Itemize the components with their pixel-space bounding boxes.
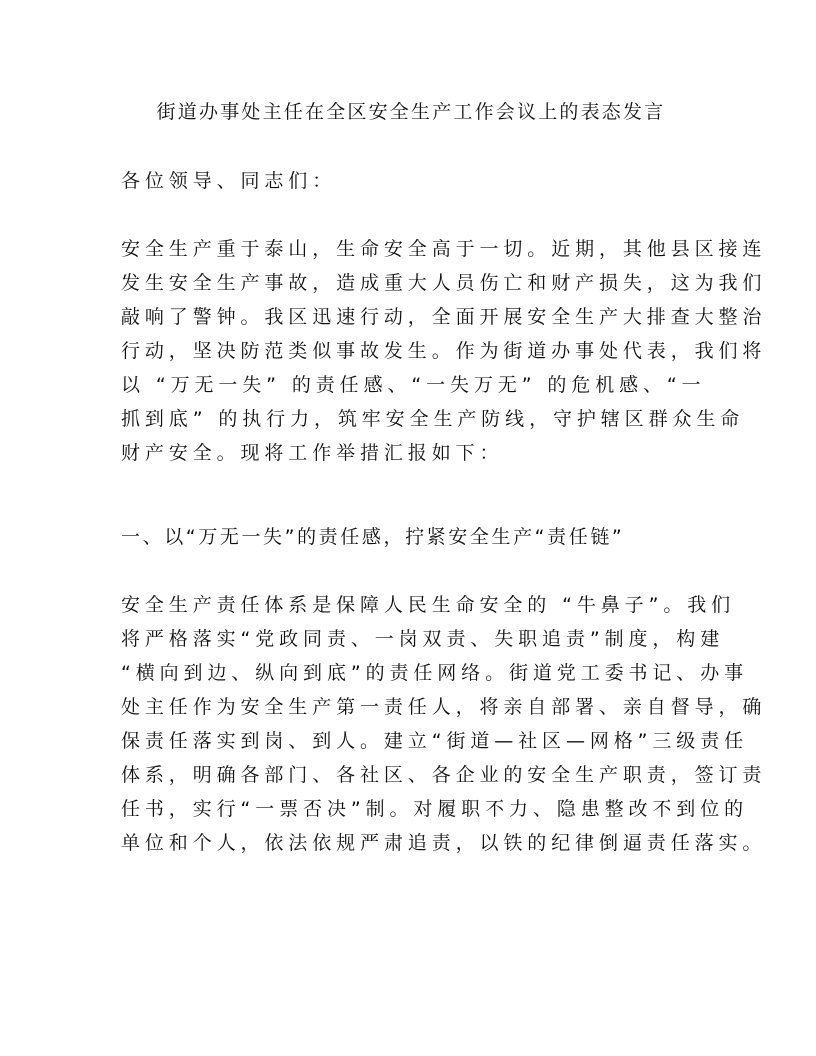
section-1-line: 安全生产责任体系是保障人民生命安全的 “牛鼻子”。我们 (121, 588, 701, 622)
intro-line: 财产安全。现将工作举措汇报如下： (121, 436, 701, 470)
section-1-line: 单位和个人，依法依规严肃追责，以铁的纪律倒逼责任落实。 (121, 826, 701, 860)
intro-line: 安全生产重于泰山，生命安全高于一切。近期，其他县区接连 (121, 232, 701, 266)
intro-line: 以 “万无一失” 的责任感、“一失万无” 的危机感、“一 (121, 368, 701, 402)
section-heading-line: 一、以“万无一失”的责任感，拧紧安全生产“责任链” (121, 520, 701, 554)
section-1-line: 保责任落实到岗、到人。建立“街道—社区—网格”三级责任 (121, 724, 701, 758)
section-1-heading: 一、以“万无一失”的责任感，拧紧安全生产“责任链” (121, 520, 701, 554)
intro-line: 行动，坚决防范类似事故发生。作为街道办事处代表，我们将 (121, 334, 701, 368)
section-1-line: 处主任作为安全生产第一责任人，将亲自部署、亲自督导，确 (121, 690, 701, 724)
intro-line: 发生安全生产事故，造成重大人员伤亡和财产损失，这为我们 (121, 266, 701, 300)
intro-line: 抓到底” 的执行力，筑牢安全生产防线，守护辖区群众生命 (121, 402, 701, 436)
section-1-line: 体系，明确各部门、各社区、各企业的安全生产职责，签订责 (121, 758, 701, 792)
section-1-line: 将严格落实“党政同责、一岗双责、失职追责”制度，构建 (121, 622, 701, 656)
intro-line: 敲响了警钟。我区迅速行动，全面开展安全生产大排查大整治 (121, 300, 701, 334)
section-1-line: 任书，实行“一票否决”制。对履职不力、隐患整改不到位的 (121, 792, 701, 826)
salutation-line: 各位领导、同志们： (121, 164, 701, 198)
section-1-paragraph: 安全生产责任体系是保障人民生命安全的 “牛鼻子”。我们 将严格落实“党政同责、一… (121, 588, 701, 860)
intro-paragraph: 安全生产重于泰山，生命安全高于一切。近期，其他县区接连 发生安全生产事故，造成重… (121, 232, 701, 470)
section-1-line: “横向到边、纵向到底”的责任网络。街道党工委书记、办事 (121, 656, 701, 690)
document-title: 街道办事处主任在全区安全生产工作会议上的表态发言 (121, 100, 701, 124)
salutation: 各位领导、同志们： (121, 164, 701, 198)
